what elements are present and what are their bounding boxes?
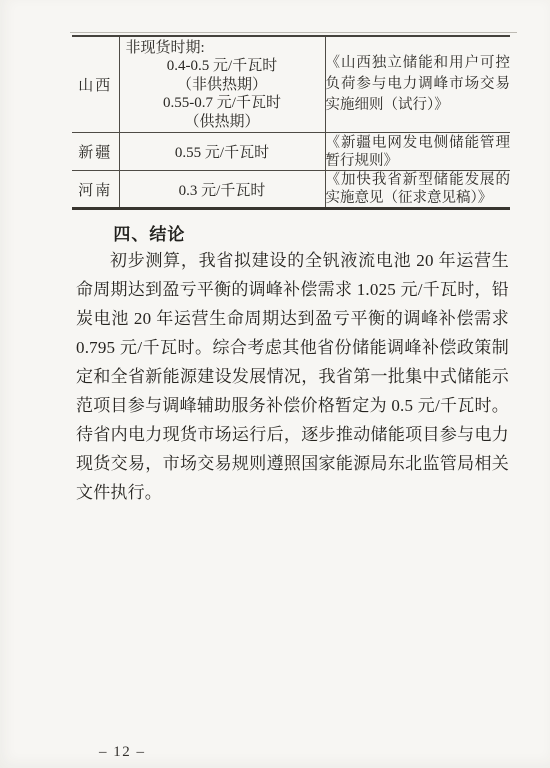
price-line: 0.55-0.7 元/千瓦时 <box>124 94 321 112</box>
policy-cell: 《山西独立储能和用户可控负荷参与电力调峰市场交易实施细则（试行）》 <box>325 36 510 133</box>
price-cell: 0.55 元/千瓦时 <box>119 133 325 171</box>
conclusion-paragraph: 初步测算，我省拟建设的全钒液流电池 20 年运营生命周期达到盈亏平衡的调峰补偿需… <box>76 246 509 507</box>
price-line: 非现货时期: <box>124 39 321 57</box>
scan-artifact-line <box>70 32 517 33</box>
province-policy-table: 山西 非现货时期: 0.4-0.5 元/千瓦时 （非供热期） 0.55-0.7 … <box>72 35 510 210</box>
page-number: – 12 – <box>99 744 146 761</box>
price-lines: 非现货时期: 0.4-0.5 元/千瓦时 （非供热期） 0.55-0.7 元/千… <box>120 37 325 132</box>
province-cell: 河南 <box>72 171 119 209</box>
table-row: 新疆 0.55 元/千瓦时 《新疆电网发电侧储能管理暂行规则》 <box>72 133 510 171</box>
price-cell: 0.3 元/千瓦时 <box>119 171 325 209</box>
policy-cell: 《新疆电网发电侧储能管理暂行规则》 <box>325 133 510 171</box>
price-line: （供热期） <box>124 113 321 131</box>
policy-cell: 《加快我省新型储能发展的实施意见（征求意见稿）》 <box>325 171 510 209</box>
price-line: 0.4-0.5 元/千瓦时 <box>124 57 321 75</box>
price-cell: 非现货时期: 0.4-0.5 元/千瓦时 （非供热期） 0.55-0.7 元/千… <box>119 36 325 133</box>
price-line: （非供热期） <box>124 76 321 94</box>
document-page: 山西 非现货时期: 0.4-0.5 元/千瓦时 （非供热期） 0.55-0.7 … <box>0 0 550 768</box>
table-row: 山西 非现货时期: 0.4-0.5 元/千瓦时 （非供热期） 0.55-0.7 … <box>72 36 510 133</box>
table-row: 河南 0.3 元/千瓦时 《加快我省新型储能发展的实施意见（征求意见稿）》 <box>72 171 510 209</box>
section-heading: 四、结论 <box>76 220 508 245</box>
province-cell: 山西 <box>72 36 119 133</box>
province-cell: 新疆 <box>72 133 119 171</box>
